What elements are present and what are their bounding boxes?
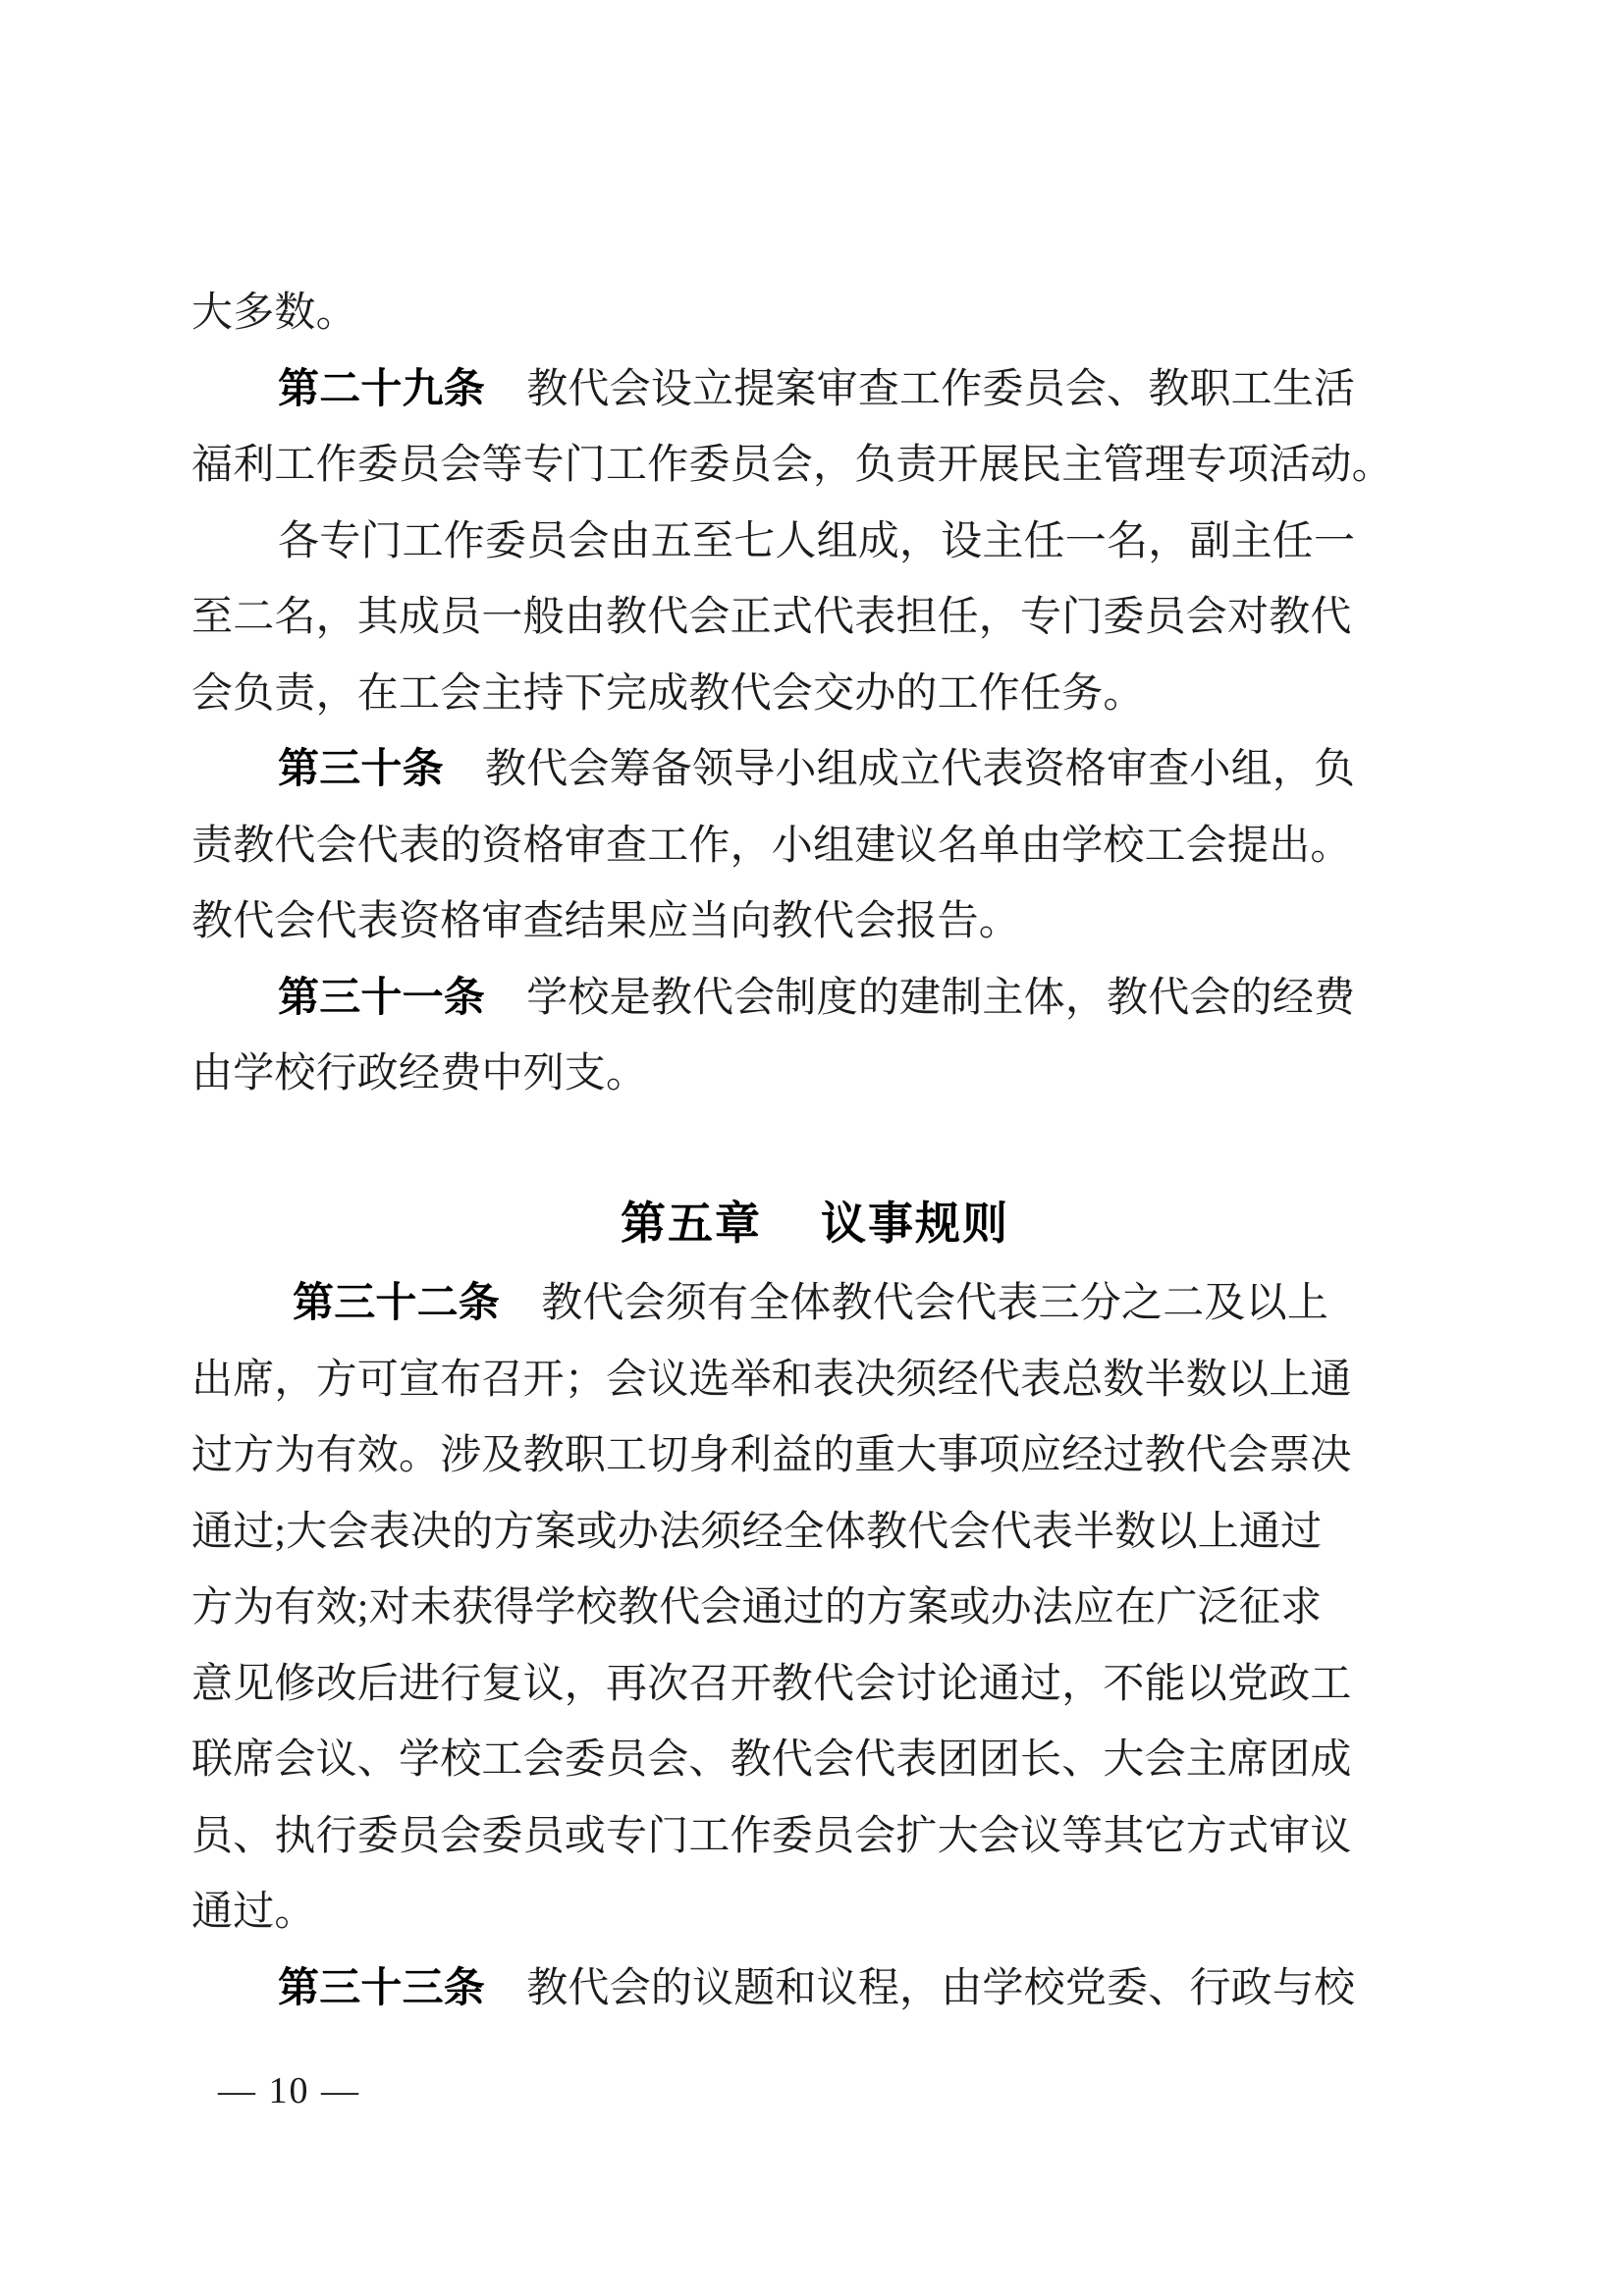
page-footer: — 10 — (218, 2067, 360, 2114)
line-text: 福利工作委员会等专门工作委员会，负责开展民主管理专项活动。 (191, 443, 1393, 488)
line-text: 教代会的议题和议程，由学校党委、行政与校 (485, 1966, 1355, 2011)
line-text: 大多数。 (191, 291, 357, 336)
text-line: 通过;大会表决的方案或办法须经全体教代会代表半数以上通过 (191, 1495, 1438, 1572)
line-text: 责教代会代表的资格审查工作，小组建议名单由学校工会提出。 (191, 824, 1352, 869)
line-text: 会负责，在工会主持下完成教代会交办的工作任务。 (191, 671, 1145, 717)
text-line: 方为有效;对未获得学校教代会通过的方案或办法应在广泛征求 (191, 1571, 1438, 1647)
text-line: 通过。 (191, 1875, 1438, 1951)
line-text: 联席会议、学校工会委员会、教代会代表团团长、大会主席团成 (191, 1737, 1352, 1783)
line-text: 过方为有效。涉及教职工切身利益的重大事项应经过教代会票决 (191, 1433, 1352, 1478)
line-text: 意见修改后进行复议，再次召开教代会讨论通过，不能以党政工 (191, 1662, 1352, 1707)
article-number-label: 第二十九条 (278, 367, 485, 412)
text-line: 过方为有效。涉及教职工切身利益的重大事项应经过教代会票决 (191, 1418, 1438, 1495)
article-number-label: 第三十条 (278, 747, 444, 792)
text-line: 至二名，其成员一般由教代会正式代表担任，专门委员会对教代 (191, 580, 1438, 657)
chapter-number: 第五章 (621, 1188, 762, 1253)
article-number-label: 第三十二条 (293, 1281, 500, 1326)
text-line: 第三十一条 学校是教代会制度的建制主体，教代会的经费 (191, 961, 1438, 1038)
line-text: 学校是教代会制度的建制主体，教代会的经费 (485, 976, 1355, 1021)
text-line: 意见修改后进行复议，再次召开教代会讨论通过，不能以党政工 (191, 1647, 1438, 1724)
text-line: 第二十九条 教代会设立提案审查工作委员会、教职工生活 (191, 352, 1438, 429)
line-text: 通过;大会表决的方案或办法须经全体教代会代表半数以上通过 (191, 1510, 1322, 1555)
line-text: 教代会设立提案审查工作委员会、教职工生活 (485, 367, 1355, 412)
text-line: 出席，方可宣布召开；会议选举和表决须经代表总数半数以上通 (191, 1343, 1438, 1419)
line-text: 教代会须有全体教代会代表三分之二及以上 (500, 1281, 1328, 1326)
text-line: 大多数。 (191, 276, 1438, 352)
text-line: 第三十二条 教代会须有全体教代会代表三分之二及以上 (191, 1266, 1438, 1343)
line-text: 由学校行政经费中列支。 (191, 1051, 647, 1096)
text-line: 第三十条 教代会筹备领导小组成立代表资格审查小组，负 (191, 732, 1438, 809)
body-text: 大多数。第二十九条 教代会设立提案审查工作委员会、教职工生活福利工作委员会等专门… (191, 276, 1438, 2027)
article-number-label: 第三十三条 (278, 1966, 485, 2011)
line-text: 方为有效;对未获得学校教代会通过的方案或办法应在广泛征求 (191, 1585, 1322, 1630)
line-text: 各专门工作委员会由五至七人组成，设主任一名，副主任一 (278, 519, 1355, 564)
lines-before-heading: 大多数。第二十九条 教代会设立提案审查工作委员会、教职工生活福利工作委员会等专门… (191, 276, 1438, 1113)
lines-after-heading: 第三十二条 教代会须有全体教代会代表三分之二及以上出席，方可宣布召开；会议选举和… (191, 1266, 1438, 2027)
line-text: 教代会代表资格审查结果应当向教代会报告。 (191, 899, 1020, 944)
line-text: 员、执行委员会委员或专门工作委员会扩大会议等其它方式审议 (191, 1814, 1352, 1859)
chapter-heading: 第五章 议事规则 (191, 1183, 1438, 1259)
text-line: 责教代会代表的资格审查工作，小组建议名单由学校工会提出。 (191, 809, 1438, 885)
text-line: 教代会代表资格审查结果应当向教代会报告。 (191, 884, 1438, 961)
text-line: 由学校行政经费中列支。 (191, 1037, 1438, 1113)
page-number: — 10 — (218, 2070, 360, 2111)
text-line: 各专门工作委员会由五至七人组成，设主任一名，副主任一 (191, 505, 1438, 581)
text-line: 福利工作委员会等专门工作委员会，负责开展民主管理专项活动。 (191, 428, 1438, 505)
article-number-label: 第三十一条 (278, 976, 485, 1021)
line-text: 出席，方可宣布召开；会议选举和表决须经代表总数半数以上通 (191, 1358, 1352, 1403)
line-text: 通过。 (191, 1890, 316, 1935)
text-line: 员、执行委员会委员或专门工作委员会扩大会议等其它方式审议 (191, 1799, 1438, 1876)
text-line: 会负责，在工会主持下完成教代会交办的工作任务。 (191, 657, 1438, 733)
document-page: 大多数。第二十九条 教代会设立提案审查工作委员会、教职工生活福利工作委员会等专门… (0, 0, 1624, 2296)
text-line: 联席会议、学校工会委员会、教代会代表团团长、大会主席团成 (191, 1723, 1438, 1799)
line-text: 至二名，其成员一般由教代会正式代表担任，专门委员会对教代 (191, 595, 1352, 640)
line-text: 教代会筹备领导小组成立代表资格审查小组，负 (444, 747, 1355, 792)
text-line: 第三十三条 教代会的议题和议程，由学校党委、行政与校 (191, 1951, 1438, 2028)
chapter-title: 议事规则 (821, 1188, 1009, 1253)
